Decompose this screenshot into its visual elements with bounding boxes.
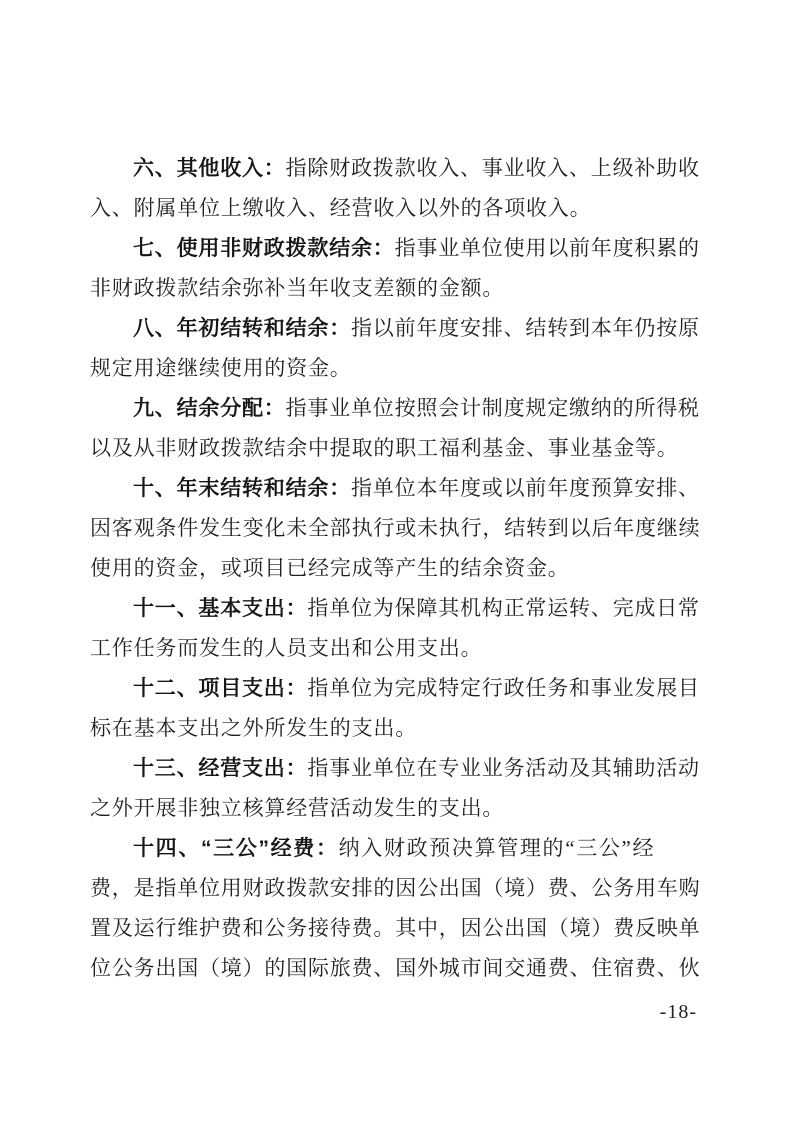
definition-text: 指事业单位使用以前年度积累的 (395, 236, 700, 260)
text-line: 工作任务而发生的人员支出和公用支出。 (90, 628, 702, 668)
definition-text: 指以前年度安排、结转到本年仍按原 (351, 316, 700, 340)
text-line: 费，是指单位用财政拨款安排的因公出国（境）费、公务用车购 (90, 868, 702, 908)
text-line: 十三、经营支出：指事业单位在专业业务活动及其辅助活动 (90, 748, 702, 788)
term-label: 十三、经营支出： (133, 757, 307, 780)
paragraph: 九、结余分配：指事业单位按照会计制度规定缴纳的所得税以及从非财政拨款结余中提取的… (90, 388, 702, 468)
term-label: 十一、基本支出： (133, 597, 307, 620)
term-label: 八、年初结转和结余： (133, 317, 351, 340)
text-line: 非财政拨款结余弥补当年收支差额的金额。 (90, 268, 702, 308)
text-line: 使用的资金，或项目已经完成等产生的结余资金。 (90, 548, 702, 588)
paragraph: 六、其他收入：指除财政拨款收入、事业收入、上级补助收入、附属单位上缴收入、经营收… (90, 148, 702, 228)
text-line: 之外开展非独立核算经营活动发生的支出。 (90, 788, 702, 828)
paragraph: 十一、基本支出：指单位为保障其机构正常运转、完成日常工作任务而发生的人员支出和公… (90, 588, 702, 668)
text-line: 十一、基本支出：指单位为保障其机构正常运转、完成日常 (90, 588, 702, 628)
definition-text: 因客观条件发生变化未全部执行或未执行，结转到以后年度继续 (90, 516, 700, 540)
definition-text: 入、附属单位上缴收入、经营收入以外的各项收入。 (90, 196, 591, 220)
definition-text: 指除财政拨款收入、事业收入、上级补助收 (286, 156, 700, 180)
definition-text: 指事业单位按照会计制度规定缴纳的所得税 (286, 396, 700, 420)
definition-text: 指单位为完成特定行政任务和事业发展目 (307, 676, 699, 700)
text-line: 因客观条件发生变化未全部执行或未执行，结转到以后年度继续 (90, 508, 702, 548)
definition-text: 标在基本支出之外所发生的支出。 (90, 716, 417, 740)
text-line: 八、年初结转和结余：指以前年度安排、结转到本年仍按原 (90, 308, 702, 348)
text-line: 规定用途继续使用的资金。 (90, 348, 702, 388)
definition-text: 之外开展非独立核算经营活动发生的支出。 (90, 796, 504, 820)
term-label: 十四、“三公”经费： (133, 837, 339, 860)
definition-text: 使用的资金，或项目已经完成等产生的结余资金。 (90, 556, 570, 580)
text-line: 入、附属单位上缴收入、经营收入以外的各项收入。 (90, 188, 702, 228)
definition-text: 以及从非财政拨款结余中提取的职工福利基金、事业基金等。 (90, 436, 679, 460)
term-label: 九、结余分配： (133, 397, 286, 420)
paragraph: 十四、“三公”经费：纳入财政预决算管理的“三公”经费，是指单位用财政拨款安排的因… (90, 828, 702, 988)
text-line: 七、使用非财政拨款结余：指事业单位使用以前年度积累的 (90, 228, 702, 268)
paragraph: 十三、经营支出：指事业单位在专业业务活动及其辅助活动之外开展非独立核算经营活动发… (90, 748, 702, 828)
definition-text: 指事业单位在专业业务活动及其辅助活动 (307, 756, 699, 780)
text-line: 六、其他收入：指除财政拨款收入、事业收入、上级补助收 (90, 148, 702, 188)
definition-text: 非财政拨款结余弥补当年收支差额的金额。 (90, 276, 504, 300)
term-label: 七、使用非财政拨款结余： (133, 237, 395, 260)
definition-text: 纳入财政预决算管理的“三公”经 (339, 836, 656, 860)
text-line: 十四、“三公”经费：纳入财政预决算管理的“三公”经 (90, 828, 702, 868)
paragraph: 十、年末结转和结余：指单位本年度或以前年度预算安排、因客观条件发生变化未全部执行… (90, 468, 702, 588)
definition-text: 指单位为保障其机构正常运转、完成日常 (307, 596, 699, 620)
definition-text: 置及运行维护费和公务接待费。其中，因公出国（境）费反映单 (90, 916, 700, 940)
text-line: 十二、项目支出：指单位为完成特定行政任务和事业发展目 (90, 668, 702, 708)
text-line: 以及从非财政拨款结余中提取的职工福利基金、事业基金等。 (90, 428, 702, 468)
document-body: 六、其他收入：指除财政拨款收入、事业收入、上级补助收入、附属单位上缴收入、经营收… (90, 148, 702, 988)
text-line: 九、结余分配：指事业单位按照会计制度规定缴纳的所得税 (90, 388, 702, 428)
definition-text: 工作任务而发生的人员支出和公用支出。 (90, 636, 482, 660)
definition-text: 费，是指单位用财政拨款安排的因公出国（境）费、公务用车购 (90, 876, 700, 900)
definition-text: 指单位本年度或以前年度预算安排、 (351, 476, 700, 500)
text-line: 位公务出国（境）的国际旅费、国外城市间交通费、住宿费、伙 (90, 948, 702, 988)
definition-text: 规定用途继续使用的资金。 (90, 356, 352, 380)
term-label: 六、其他收入： (133, 157, 286, 180)
page-number: -18- (660, 1000, 697, 1024)
text-line: 标在基本支出之外所发生的支出。 (90, 708, 702, 748)
document-page: 六、其他收入：指除财政拨款收入、事业收入、上级补助收入、附属单位上缴收入、经营收… (0, 0, 800, 1131)
term-label: 十二、项目支出： (133, 677, 307, 700)
paragraph: 十二、项目支出：指单位为完成特定行政任务和事业发展目标在基本支出之外所发生的支出… (90, 668, 702, 748)
text-line: 置及运行维护费和公务接待费。其中，因公出国（境）费反映单 (90, 908, 702, 948)
term-label: 十、年末结转和结余： (133, 477, 351, 500)
text-line: 十、年末结转和结余：指单位本年度或以前年度预算安排、 (90, 468, 702, 508)
definition-text: 位公务出国（境）的国际旅费、国外城市间交通费、住宿费、伙 (90, 956, 700, 980)
paragraph: 七、使用非财政拨款结余：指事业单位使用以前年度积累的非财政拨款结余弥补当年收支差… (90, 228, 702, 308)
paragraph: 八、年初结转和结余：指以前年度安排、结转到本年仍按原规定用途继续使用的资金。 (90, 308, 702, 388)
